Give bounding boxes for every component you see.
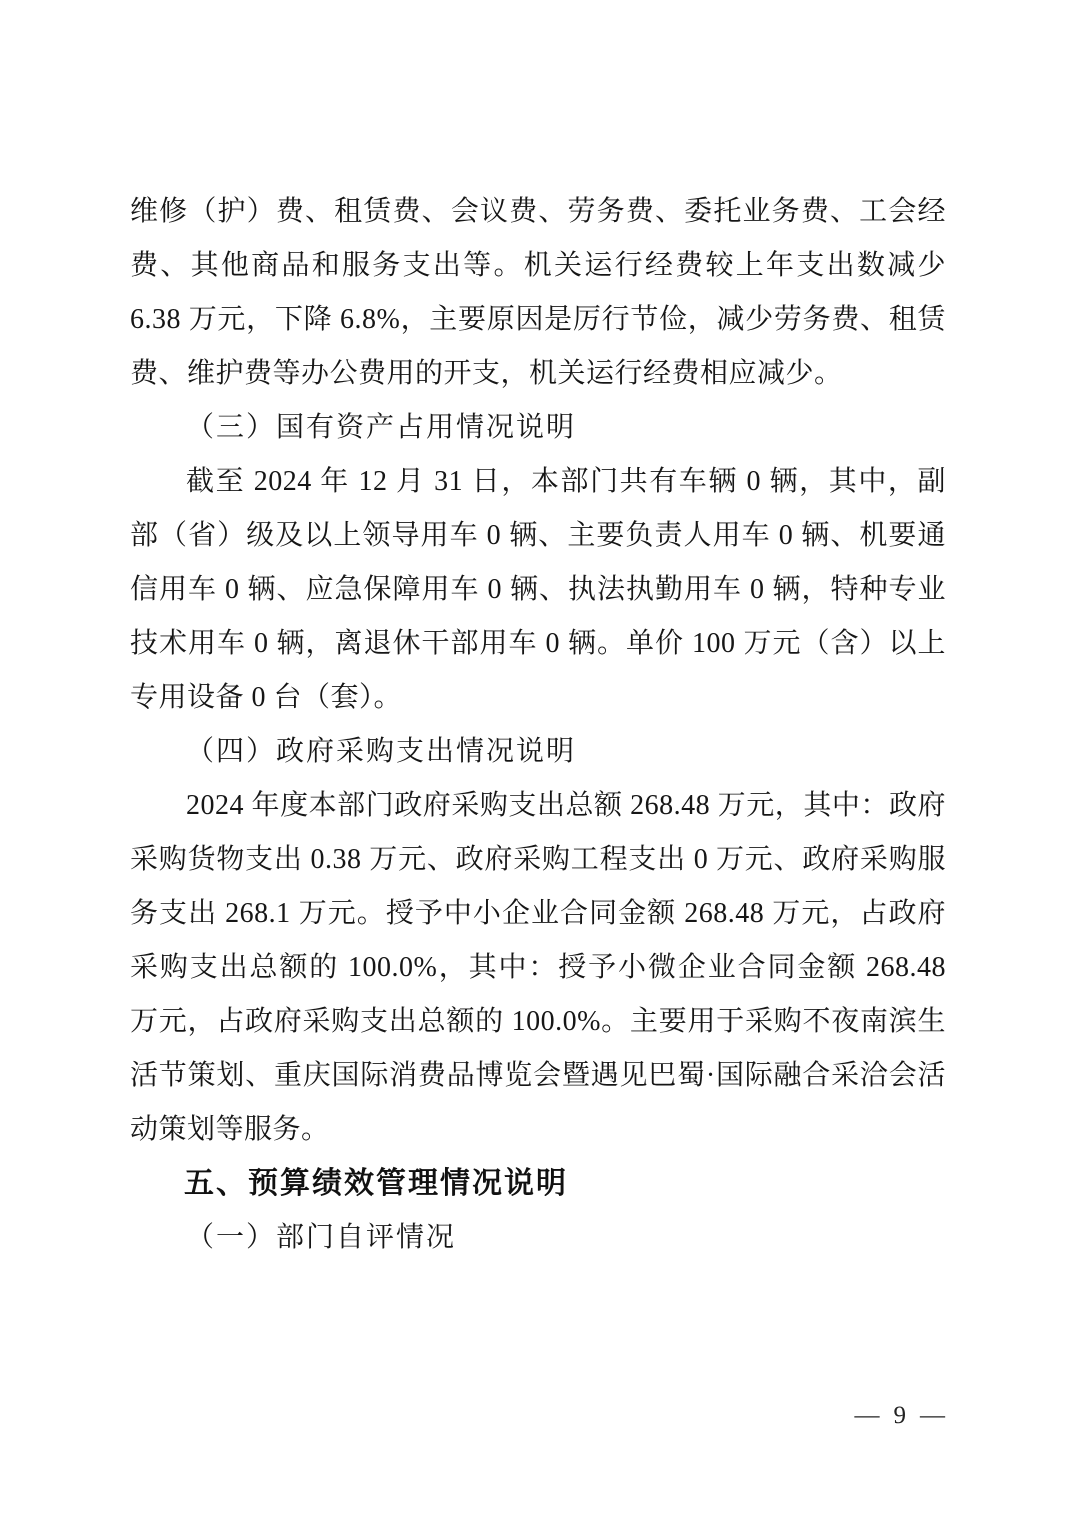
document-body: 维修（护）费、租赁费、会议费、劳务费、委托业务费、工会经费、其他商品和服务支出等… xyxy=(130,185,946,1265)
page-number: 9 xyxy=(894,1402,907,1430)
paragraph-state-assets: 截至 2024 年 12 月 31 日，本部门共有车辆 0 辆，其中，副部（省）… xyxy=(130,455,946,725)
paragraph-operating-expenses: 维修（护）费、租赁费、会议费、劳务费、委托业务费、工会经费、其他商品和服务支出等… xyxy=(130,185,946,401)
section-heading-self-evaluation: （一）部门自评情况 xyxy=(130,1211,946,1265)
paragraph-gov-procurement: 2024 年度本部门政府采购支出总额 268.48 万元，其中：政府采购货物支出… xyxy=(130,779,946,1157)
footer-dash-left: — xyxy=(855,1402,880,1429)
chapter-heading-budget-performance: 五、预算绩效管理情况说明 xyxy=(130,1157,946,1211)
document-page: 维修（护）费、租赁费、会议费、劳务费、委托业务费、工会经费、其他商品和服务支出等… xyxy=(0,0,1075,1520)
page-footer: —9— xyxy=(855,1402,946,1430)
section-heading-state-assets: （三）国有资产占用情况说明 xyxy=(130,401,946,455)
footer-dash-right: — xyxy=(920,1402,945,1429)
section-heading-gov-procurement: （四）政府采购支出情况说明 xyxy=(130,725,946,779)
